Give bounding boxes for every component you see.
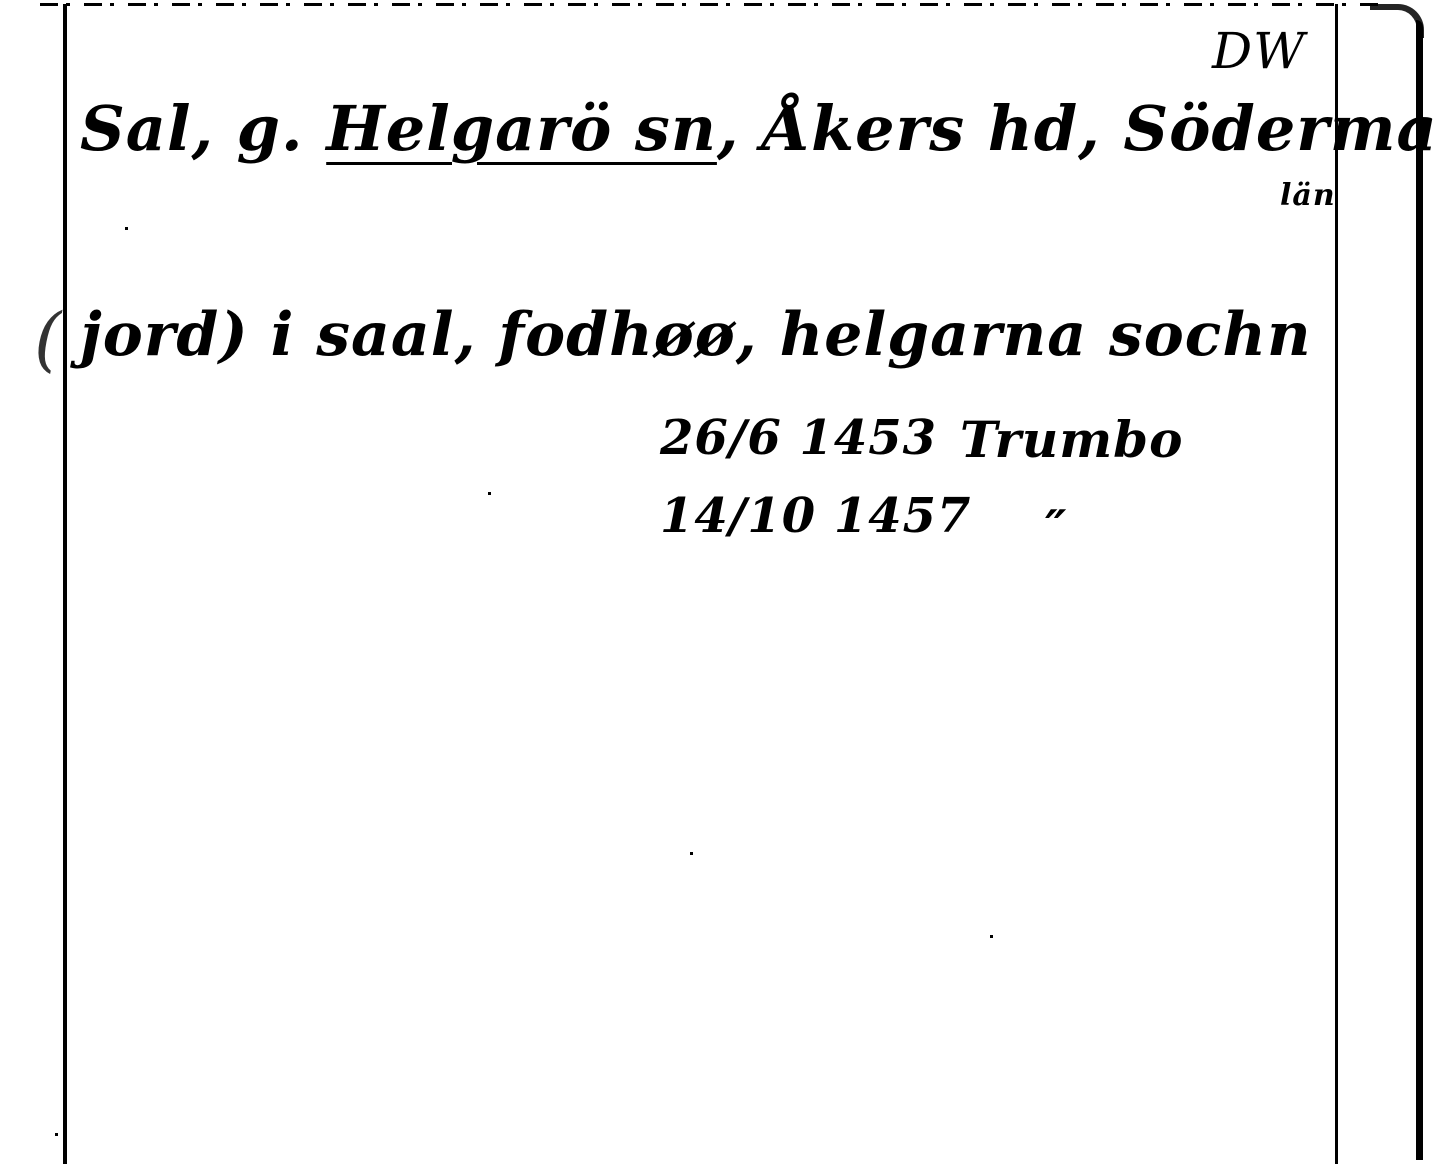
scan-speck — [990, 935, 993, 938]
card-right-edge — [1416, 20, 1423, 1160]
card-top-edge — [40, 3, 1380, 6]
heading-suffix: län — [1280, 178, 1336, 213]
index-card: DW Sal, g. Helgarö sn, Åkers hd, Söderma… — [0, 0, 1433, 1165]
heading-place: Sal — [80, 92, 192, 165]
heading-parish: Helgarö sn — [326, 92, 717, 165]
heading-rest: , Åkers hd, Södermanl. — [717, 92, 1433, 165]
reference-date-2: 14/10 1457 — [660, 488, 971, 544]
scan-speck — [125, 227, 128, 230]
left-margin-rule — [63, 4, 67, 1164]
reference-source-1: Trumbo — [960, 410, 1183, 469]
scan-speck — [690, 852, 693, 855]
entry-open-paren: ( — [34, 298, 61, 380]
scan-speck — [488, 492, 491, 495]
monogram: DW — [1212, 22, 1305, 80]
reference-source-2-ditto: ″ — [1045, 500, 1067, 556]
heading-line: Sal, g. Helgarö sn, Åkers hd, Södermanl. — [80, 92, 1433, 165]
heading-separator: , g. — [192, 92, 327, 165]
reference-date-1: 26/6 1453 — [660, 410, 937, 466]
scan-speck — [55, 1133, 58, 1136]
entry-text: jord) i saal, fodhøø, helgarna sochn — [80, 300, 1312, 370]
